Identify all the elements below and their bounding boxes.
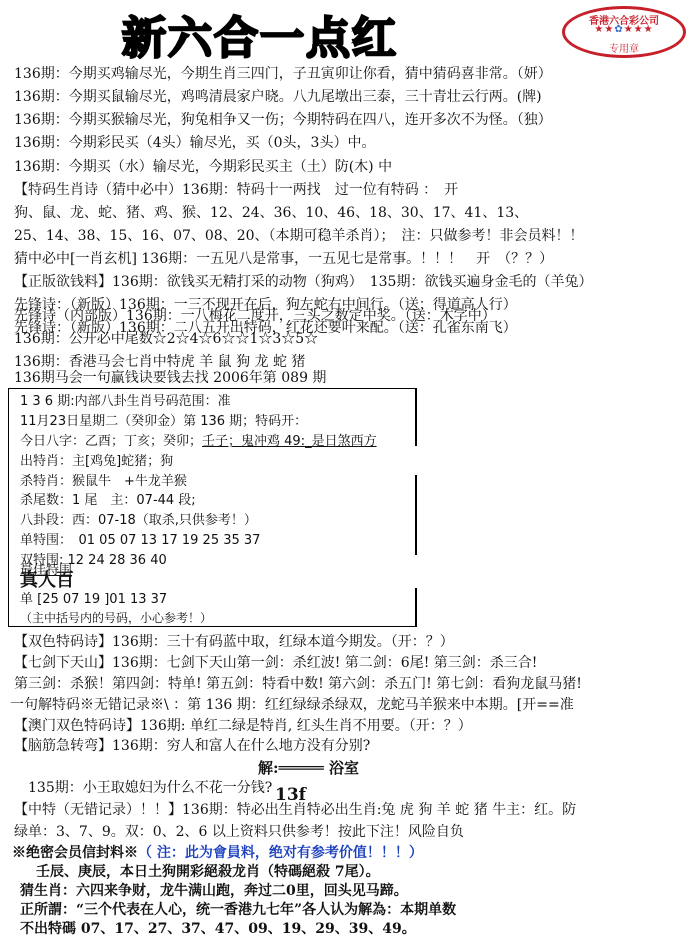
stamp-label: 专用章 (565, 40, 683, 55)
text-line: 狗、鼠、龙、蛇、猪、鸡、猴、12、24、36、10、46、18、30、17、41… (14, 203, 528, 223)
member-line: 猜生肖：六四来争财，龙牛满山跑，奔过二0里，回头见马蹄。 (20, 881, 408, 901)
text-line: 136期：公开必中尾数☆2☆4☆6☆☆1☆3☆5☆ (14, 329, 318, 349)
member-note: （ 注：此为會員料，绝对有参考价值！！！） (138, 845, 423, 861)
answer-label: 解:═════ (258, 759, 324, 777)
text-line: 一句解特码※无错记录※\ ：第 136 期：红红绿绿杀绿双，龙蛇马羊猴来中本期。… (10, 695, 574, 715)
box-line: 杀尾数：1 尾 主：07-44 段; (20, 492, 196, 510)
member-line: 壬辰、庚辰，本日土狗開彩絕殺龙肖（特碼絕殺 7尾）。 (36, 862, 380, 882)
text-line: 136期马会一句赢钱诀要钱去找 2006年第 089 期 (14, 368, 326, 388)
text-line: 136期：今期买鼠输尽光，鸡鸣清晨家户晓。八九尾墩出三泰，三十青壮云行两。(牌) (14, 87, 542, 107)
text-line: 【双色特码诗】136期：三十有码蓝中取，红绿本道今期发。（开：？） (14, 632, 454, 652)
box-border (415, 475, 417, 555)
text-line: 【正版欲钱料】136期：欲钱买无精打采的动物（狗鸡） 135期：欲钱买遍身金毛的… (14, 272, 592, 292)
text-line: 25、14、38、15、16、07、08、20、（本期可稳羊杀肖）； 注：只做参… (14, 226, 584, 246)
text-line: 【中特（无错记录）！！】136期：特必出生肖特必出生肖:兔 虎 狗 羊 蛇 猪 … (14, 800, 576, 820)
box-line: 真人百 (20, 572, 74, 590)
star-icon: ★★ (594, 24, 614, 35)
text-line: 136期：今期买（水）输尽光，今期彩民买主（土）防(木) 中 (14, 157, 392, 177)
newspaper-title: 新六合一点红 (122, 14, 398, 64)
member-prefix: ※绝密会员信封料※ (12, 845, 138, 861)
text-line: 先锋诗（内部版）136期：一八梅花二度开，三头之数定中奖。（送：木字中） (14, 306, 496, 326)
text-line: 猜中必中[一肖玄机] 136期：一五见八是常事，一五见七是常事。！！！ 开 （？… (14, 249, 553, 269)
box-line: 1 3 6 期:内部八卦生肖号码范围：准 (20, 393, 231, 411)
box-line: 八卦段：西：07-18（取杀,只供参考！） (20, 512, 257, 530)
bazi-detail: 壬子；鬼冲鸡 49:_是日煞西方 (202, 434, 377, 449)
member-header: ※绝密会员信封料※（ 注：此为會員料，绝对有参考价值！！！） (12, 843, 423, 863)
text-line: 【澳门双色特码诗】136期: 单红二绿是特肖, 红头生肖不用要。（开：？） (14, 716, 472, 736)
member-line: 不出特碼 07、17、27、37、47、09、19、29、39、49。 (20, 919, 416, 939)
box-line: 11月23日星期二（癸卯金）第 136 期；特码开： (20, 413, 307, 431)
riddle-answer: 解:═════ 浴室 (258, 758, 359, 778)
box-line: （主中括号内的号码，小心参考！） (20, 609, 212, 627)
text-line: 【七剑下天山】136期：七剑下天山第一剑：杀红波! 第二剑：6尾! 第三剑：杀三… (14, 653, 537, 673)
bazi-label: 今日八字：乙酉；丁亥；癸卯； (20, 434, 202, 449)
box-line: 单 [25 07 19 ]01 13 37 (20, 591, 167, 609)
answer-text: 浴室 (329, 759, 359, 777)
riddle-prev: 135期：小王取媳妇为什么不花一分钱? (28, 778, 272, 798)
box-line: 杀特肖：猴鼠牛 +牛龙羊猴 (20, 473, 187, 491)
text-line: 绿单：3、7、9。双：0、2、6 以上资料只供参考！按此下注！风险自负 (14, 822, 464, 842)
box-line: 单特围： 01 05 07 13 17 19 25 35 37 (20, 532, 260, 550)
member-line: 正所謂：“三个代表在人心，统一香港九七年”各人认为解為：本期单数 (20, 900, 456, 920)
text-line: 第三剑：杀猴！第四剑：特单! 第五剑：特看中数! 第六剑：杀五门! 第七剑：看狗… (14, 674, 582, 694)
box-border (415, 388, 417, 446)
text-line: 136期：今期买鸡输尽光，今期生肖三四门，子丑寅卯让你看，猜中猜码喜非常。（妍） (14, 64, 552, 84)
box-border (415, 588, 417, 627)
text-line: 【特码生肖诗（猜中必中）136期：特码十一两找 过一位有特码 ： 开 (14, 180, 458, 200)
flower-icon: ✿ (614, 24, 623, 35)
stamp-stars: ★★✿★★★ (565, 24, 683, 35)
text-line: 136期：今期彩民买（4头）输尽光，买（0头，3头）中。 (14, 133, 375, 153)
star-icon: ★★★ (624, 24, 654, 35)
box-line: 今日八字：乙酉；丁亥；癸卯；壬子；鬼冲鸡 49:_是日煞西方 (20, 433, 377, 451)
text-line: 【脑筋急转弯】136期：穷人和富人在什么地方没有分别? (14, 736, 370, 756)
box-line: 出特肖：主[鸡兔]蛇猪；狗 (20, 453, 173, 471)
text-line: 136期：今期买猴输尽光，狗兔相争又一伤；今期特码在四八，连开多次不为怪。（独） (14, 110, 552, 130)
company-stamp: 香港六合彩公司 ★★✿★★★ 专用章 (562, 6, 686, 58)
